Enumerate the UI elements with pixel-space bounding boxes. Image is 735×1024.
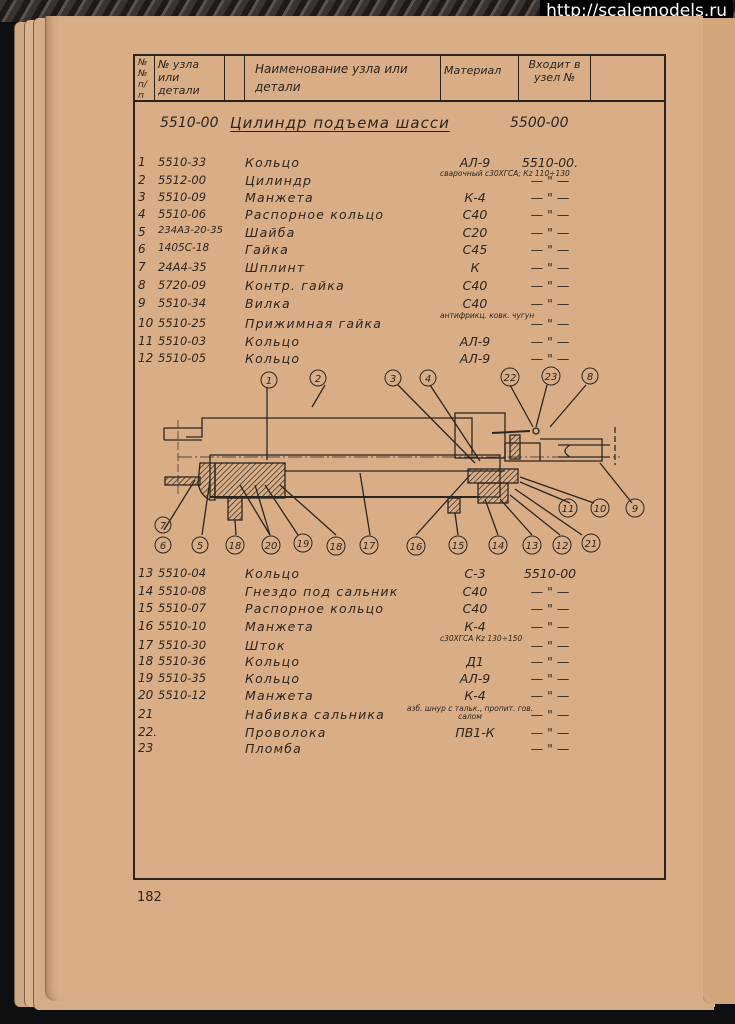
callout-23: 23 (542, 367, 560, 385)
table-row: 135510-04КольцоС-35510-00 (0, 566, 735, 583)
assembly-parent: 5500-00 (510, 115, 569, 131)
callout-5: 5 (192, 537, 208, 553)
assembly-title: Цилиндр подъема шасси (230, 114, 450, 132)
table-row: 165510-10МанжетаК-4— " — (0, 619, 735, 636)
svg-text:3: 3 (390, 374, 396, 385)
table-row: 95510-34ВилкаС40— " — (0, 296, 735, 313)
callout-7: 7 (155, 517, 171, 533)
callout-20: 20 (262, 536, 280, 554)
svg-text:17: 17 (363, 541, 376, 552)
callout-8: 8 (582, 368, 598, 384)
callout-19: 19 (294, 534, 312, 552)
table-row: 175510-30Штокс30ХГСА Кz 130÷150— " — (0, 638, 735, 655)
table-row: 25512-00Цилиндрсварочный с30ХГСА; Кz 110… (0, 173, 735, 190)
svg-text:12: 12 (556, 541, 569, 552)
svg-text:11: 11 (562, 504, 575, 515)
svg-text:23: 23 (545, 372, 558, 383)
table-row: 195510-35КольцоАЛ-9— " — (0, 671, 735, 688)
table-row: 23Пломба— " — (0, 741, 735, 758)
callout-14: 14 (489, 536, 507, 554)
assembly-number: 5510-00 (160, 115, 219, 131)
svg-text:18: 18 (229, 541, 242, 552)
svg-text:22: 22 (504, 373, 517, 384)
header-col-extra (591, 56, 664, 100)
callout-18b: 18 (327, 537, 345, 555)
callout-21: 21 (582, 534, 600, 552)
svg-text:10: 10 (594, 504, 607, 515)
svg-text:9: 9 (632, 504, 638, 515)
table-row: 15510-33КольцоАЛ-95510-00. (0, 155, 735, 172)
table-row: 145510-08Гнездо под сальникС40— " — (0, 584, 735, 601)
table-row: 35510-09МанжетаК-4— " — (0, 190, 735, 207)
callout-12: 12 (553, 536, 571, 554)
header-col-name: Наименование узла или детали (245, 56, 441, 100)
callout-10: 10 (591, 499, 609, 517)
svg-text:8: 8 (587, 372, 593, 383)
table-row: 22.ПроволокаПВ1-К— " — (0, 725, 735, 742)
callout-2: 2 (310, 370, 326, 386)
svg-text:21: 21 (585, 539, 598, 550)
table-row: 5234А3-20-35ШайбаС20— " — (0, 225, 735, 242)
table-row: 205510-12МанжетаК-4— " — (0, 688, 735, 705)
svg-text:20: 20 (265, 541, 278, 552)
callout-17: 17 (360, 536, 378, 554)
table-row: 85720-09Контр. гайкаС40— " — (0, 278, 735, 295)
svg-text:6: 6 (160, 541, 166, 552)
callout-22: 22 (501, 368, 519, 386)
callout-9: 9 (626, 499, 644, 517)
header-col-blank (225, 56, 245, 100)
svg-text:13: 13 (526, 541, 539, 552)
table-row: 45510-06Распорное кольцоС40— " — (0, 207, 735, 224)
table-row: 155510-07Распорное кольцоС40— " — (0, 601, 735, 618)
header-col-material: Материал (441, 56, 519, 100)
cylinder-assembly-drawing: 1 2 3 4 22 23 8 11 10 9 7 6 5 18 20 19 1… (150, 365, 660, 560)
header-col-no: №№ п/п (135, 56, 155, 100)
callout-3: 3 (385, 370, 401, 386)
svg-text:4: 4 (425, 374, 431, 385)
svg-text:5: 5 (197, 541, 203, 552)
svg-text:16: 16 (410, 542, 423, 553)
svg-text:18: 18 (330, 542, 343, 553)
header-col-into: Входит в узел № (519, 56, 591, 100)
table-row: 21Набивка сальникаазб. шнур с тальк., пр… (0, 707, 735, 724)
callout-18: 18 (226, 536, 244, 554)
callout-4: 4 (420, 370, 436, 386)
header-col-part-no: № узла или детали (155, 56, 225, 100)
svg-text:2: 2 (315, 374, 321, 385)
callout-13: 13 (523, 536, 541, 554)
callout-15: 15 (449, 536, 467, 554)
table-header: №№ п/п № узла или детали Наименование уз… (135, 56, 664, 102)
table-row: 185510-36КольцоД1— " — (0, 654, 735, 671)
callout-6: 6 (155, 537, 171, 553)
callout-16: 16 (407, 537, 425, 555)
svg-text:14: 14 (492, 541, 505, 552)
table-row: 724А4-35ШплинтК— " — (0, 260, 735, 277)
svg-text:15: 15 (452, 541, 465, 552)
page-number: 182 (137, 890, 162, 905)
table-row: 115510-03КольцоАЛ-9— " — (0, 334, 735, 351)
svg-text:7: 7 (160, 521, 167, 532)
table-row: 61405С-18ГайкаС45— " — (0, 242, 735, 259)
callout-1: 1 (261, 372, 277, 388)
svg-text:1: 1 (266, 376, 272, 387)
table-row: 105510-25Прижимная гайкаантифрикц. ковк.… (0, 316, 735, 333)
svg-text:19: 19 (297, 539, 310, 550)
